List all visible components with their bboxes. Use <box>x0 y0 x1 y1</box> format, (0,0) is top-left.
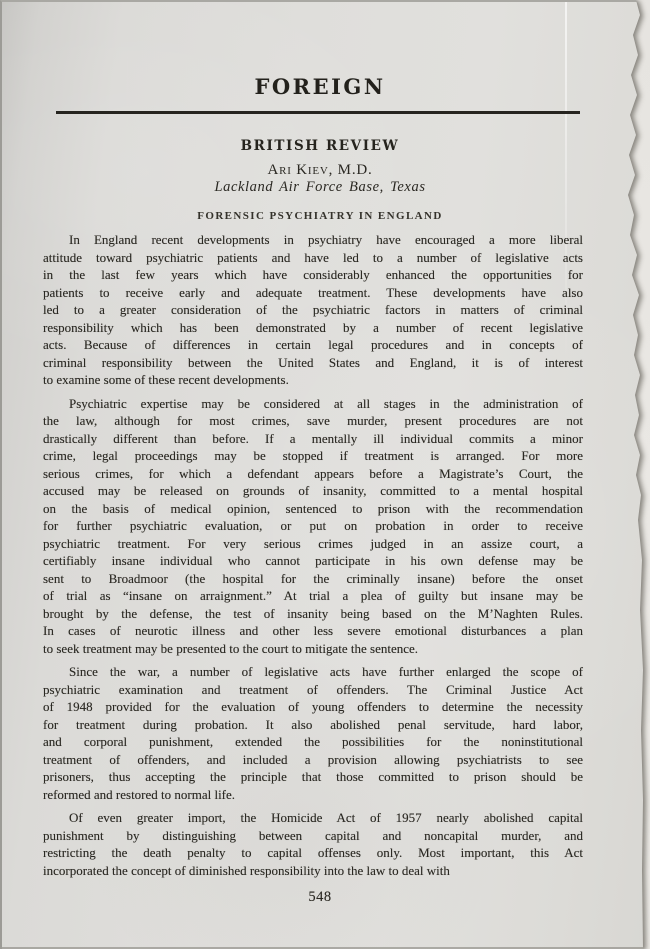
text-line: In England recent developments in psychi… <box>43 231 583 249</box>
article-body: In England recent developments in psychi… <box>43 231 583 879</box>
author-affiliation: Lackland Air Force Base, Texas <box>42 179 598 196</box>
text-line: crime, legal proceedings may be stopped … <box>43 447 583 465</box>
scanned-page-background: FOREIGN BRITISH REVIEW Ari Kiev, M.D. La… <box>0 0 650 949</box>
text-line: prisoners, thus accepting the principle … <box>43 768 583 786</box>
author-name: Ari Kiev, M.D. <box>42 162 598 179</box>
text-line: patients to receive early and adequate t… <box>43 284 583 302</box>
text-line: and corporal punishment, extended the po… <box>43 733 583 751</box>
text-line: accused may be released on grounds of in… <box>43 482 583 500</box>
text-line: for treatment during probation. It also … <box>43 716 583 734</box>
text-line: Since the war, a number of legislative a… <box>43 663 583 681</box>
text-line: incorporated the concept of diminished r… <box>43 862 583 880</box>
text-line: certifiably insane individual who cannot… <box>43 552 583 570</box>
text-line: In cases of neurotic illness and other l… <box>43 622 583 640</box>
article-heading: FORENSIC PSYCHIATRY IN ENGLAND <box>42 210 598 222</box>
journal-page: FOREIGN BRITISH REVIEW Ari Kiev, M.D. La… <box>0 0 647 949</box>
paragraph: Psychiatric expertise may be considered … <box>43 395 583 658</box>
text-line: the law, although for most crimes, save … <box>43 412 583 430</box>
text-line: Psychiatric expertise may be considered … <box>43 395 583 413</box>
text-line: led to a greater consideration of the ps… <box>43 301 583 319</box>
text-line: to seek treatment may be presented to th… <box>43 640 583 658</box>
section-title: FOREIGN <box>42 74 598 99</box>
text-line: of trial as “insane on arraignment.” At … <box>43 587 583 605</box>
text-line: sent to Broadmoor (the hospital for the … <box>43 570 583 588</box>
text-line: drastically different than before. If a … <box>43 430 583 448</box>
text-line: responsibility which has been demonstrat… <box>43 319 583 337</box>
text-line: psychiatric examination and treatment of… <box>43 681 583 699</box>
text-line: restricting the death penalty to capital… <box>43 844 583 862</box>
header-rule <box>56 111 580 114</box>
paragraph: Since the war, a number of legislative a… <box>43 663 583 803</box>
paragraph: Of even greater import, the Homicide Act… <box>43 809 583 879</box>
text-line: criminal responsibility between the Unit… <box>43 354 583 372</box>
page-shadow-wrapper: FOREIGN BRITISH REVIEW Ari Kiev, M.D. La… <box>0 0 650 949</box>
text-line: reformed and restored to normal life. <box>43 786 583 804</box>
text-line: on the basis of medical opinion, sentenc… <box>43 500 583 518</box>
text-line: acts. Because of differences in certain … <box>43 336 583 354</box>
text-line: in the last few years which have conside… <box>43 266 583 284</box>
article-title: BRITISH REVIEW <box>42 138 598 154</box>
text-line: brought by the defense, the test of insa… <box>43 605 583 623</box>
page-number: 548 <box>42 889 598 906</box>
text-line: to examine some of these recent developm… <box>43 371 583 389</box>
text-line: for further psychiatric evaluation, or p… <box>43 517 583 535</box>
text-line: attitude toward psychiatric patients and… <box>43 249 583 267</box>
text-line: serious crimes, for which a defendant ap… <box>43 465 583 483</box>
text-line: treatment of offenders, and included a p… <box>43 751 583 769</box>
text-line: of 1948 provided for the evaluation of y… <box>43 698 583 716</box>
text-line: punishment by distinguishing between cap… <box>43 827 583 845</box>
text-line: Of even greater import, the Homicide Act… <box>43 809 583 827</box>
paragraph: In England recent developments in psychi… <box>43 231 583 389</box>
text-line: psychiatric treatment. For very serious … <box>43 535 583 553</box>
